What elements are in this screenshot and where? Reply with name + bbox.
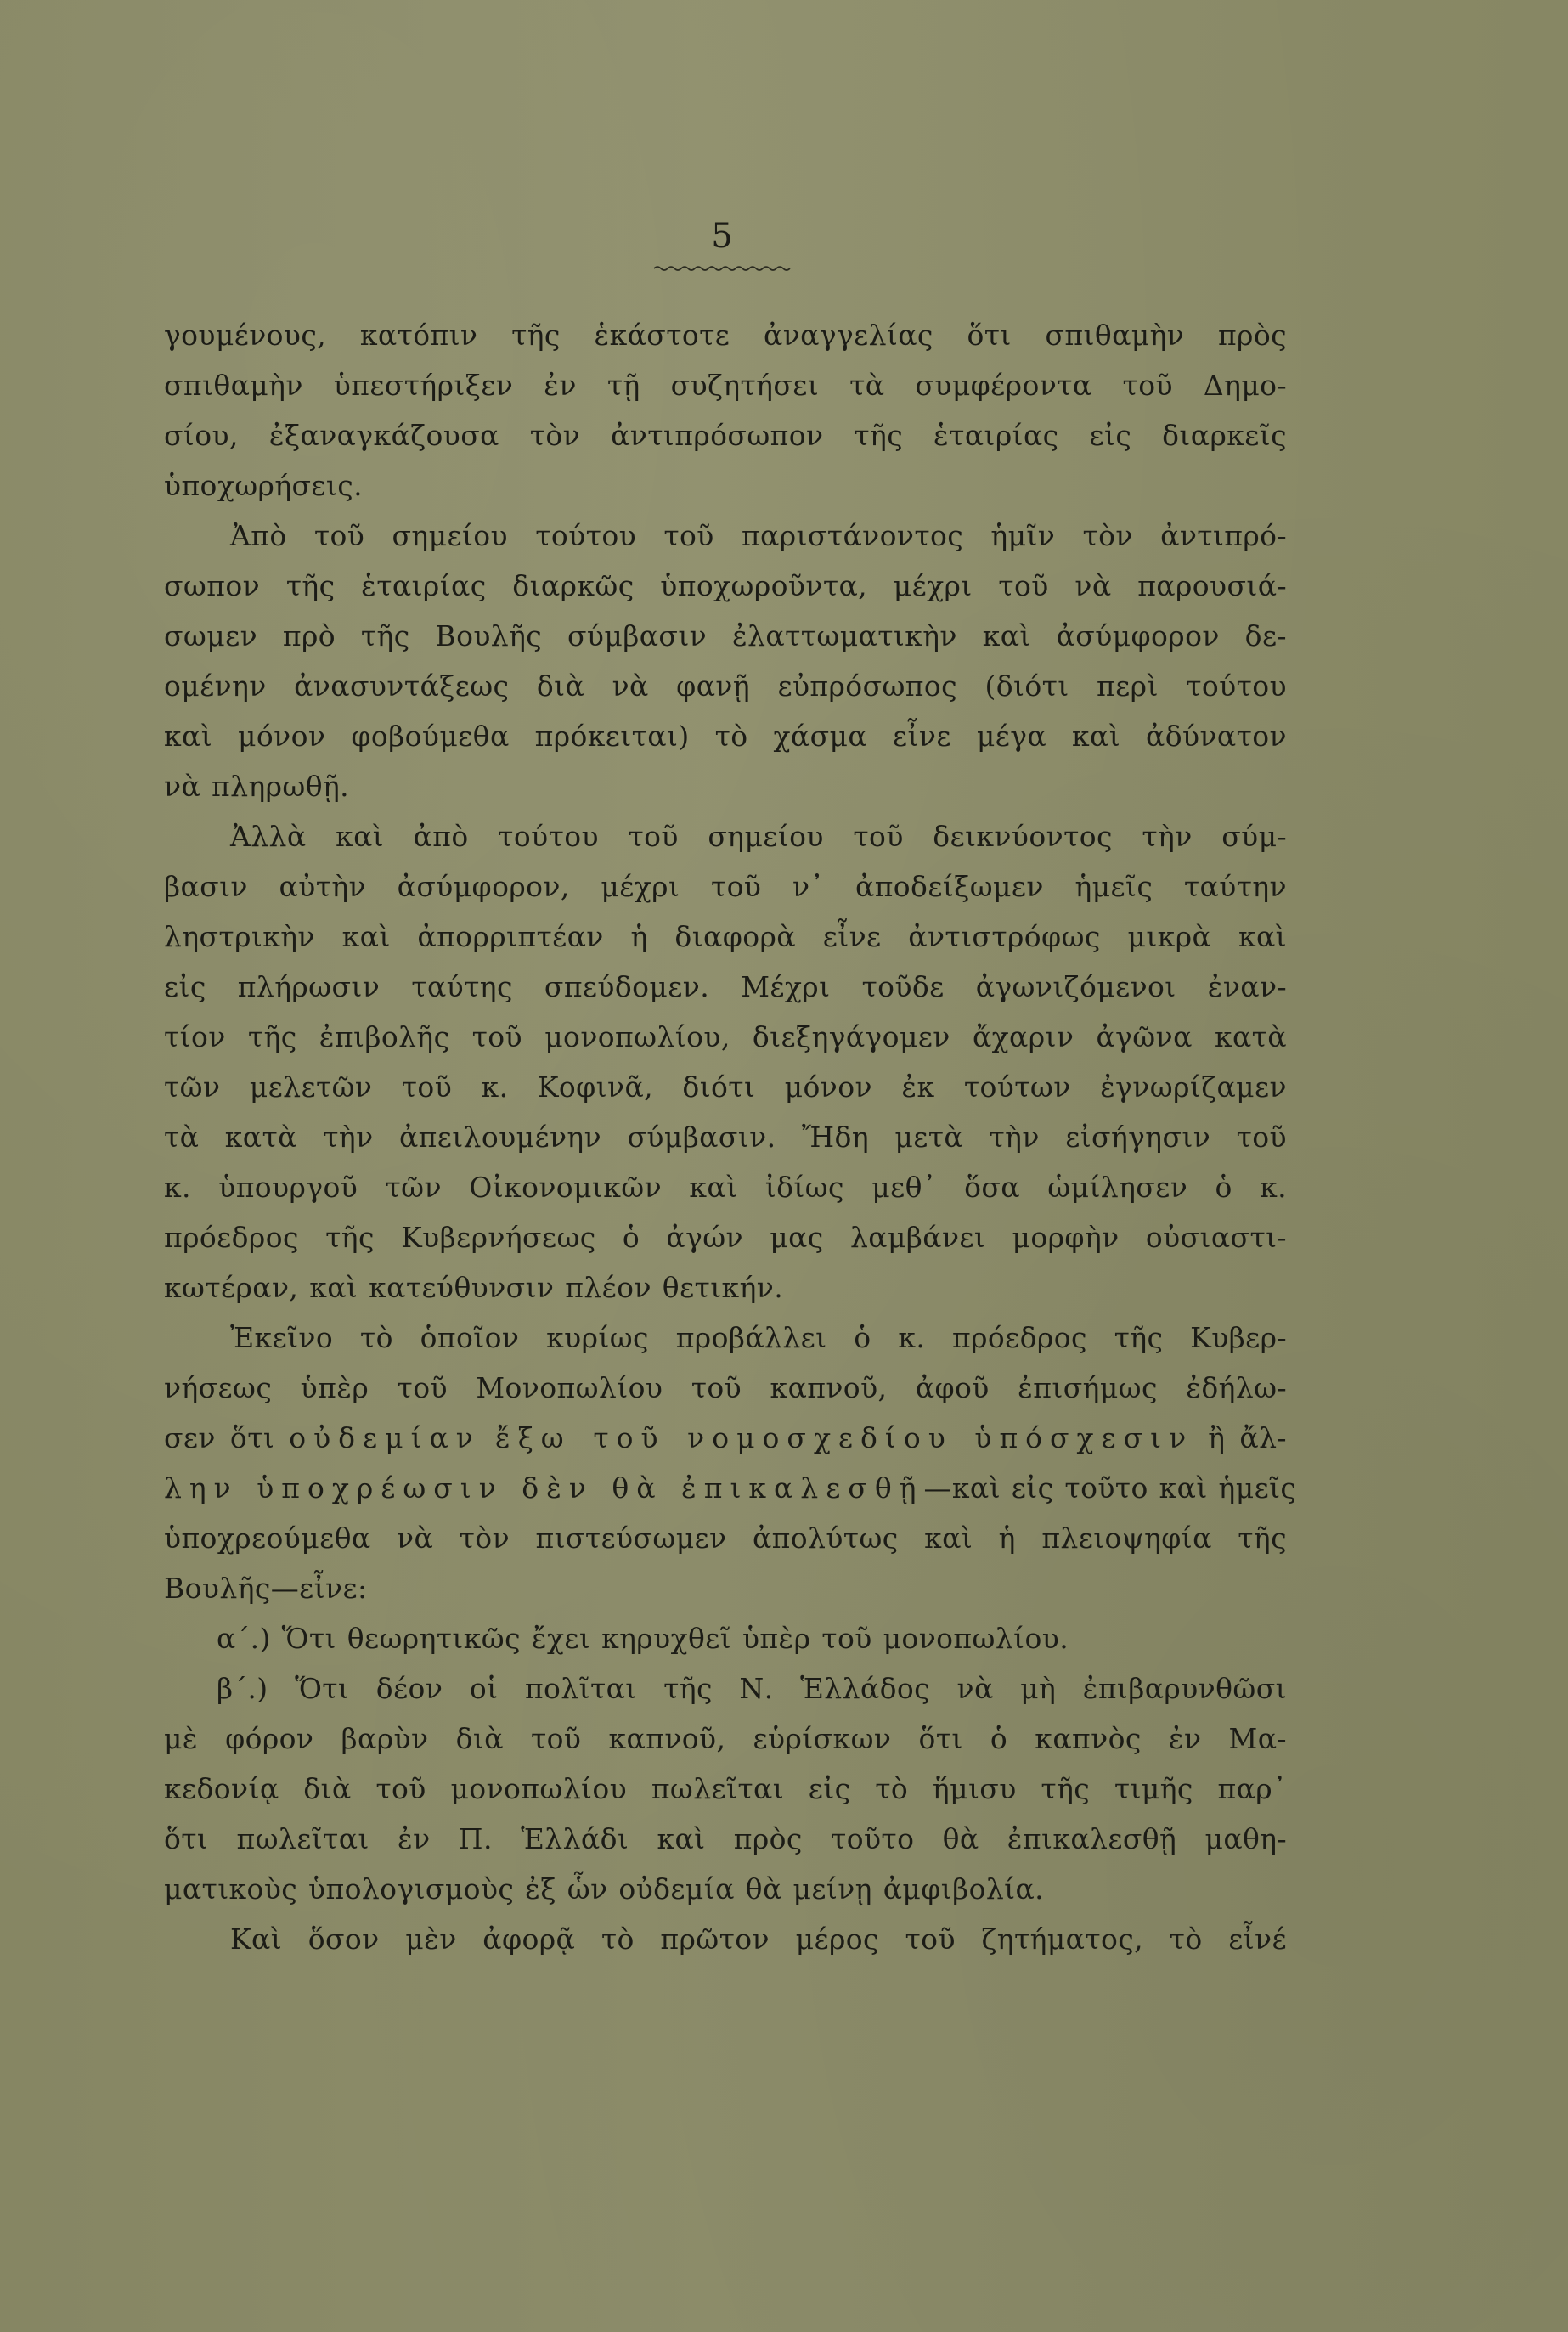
spaced-emphasis-line: λην ὑποχρέωσιν δὲν θὰ ἐπικαλεσθῇ—καὶ εἰς… <box>164 1463 1287 1513</box>
text-line: μὲ φόρον βαρὺν διὰ τοῦ καπνοῦ, εὑρίσκων … <box>164 1714 1287 1764</box>
text-line: τῶν μελετῶν τοῦ κ. Κοφινᾶ, διότι μόνον ἐ… <box>164 1062 1287 1112</box>
text-line: καὶ μόνον φοβούμεθα πρόκειται) τὸ χάσμα … <box>164 711 1287 761</box>
text-line: σωμεν πρὸ τῆς Βουλῆς σύμβασιν ἐλαττωματι… <box>164 611 1287 661</box>
text-fragment: ἢ ἄλ- <box>1193 1421 1287 1454</box>
paragraph-start-line: Ἐκεῖνο τὸ ὁποῖον κυρίως προβάλλει ὁ κ. π… <box>164 1313 1287 1363</box>
text-line: πρόεδρος τῆς Κυβερνήσεως ὁ ἀγών μας λαμβ… <box>164 1212 1287 1262</box>
body-text: γουμένους, κατόπιν τῆς ἑκάστοτε ἀναγγελί… <box>164 310 1287 1964</box>
paragraph-start-line: Καὶ ὅσον μὲν ἀφορᾷ τὸ πρῶτον μέρος τοῦ ζ… <box>164 1914 1287 1964</box>
text-fragment: σεν ὅτι <box>164 1421 289 1454</box>
text-line: σπιθαμὴν ὑπεστήριξεν ἐν τῇ συζητήσει τὰ … <box>164 360 1287 410</box>
text-line: βασιν αὐτὴν ἀσύμφορον, μέχρι τοῦ ν᾽ ἀποδ… <box>164 861 1287 912</box>
document-page: 5 γουμένους, κατόπιν τῆς ἑκάστοτε ἀναγγε… <box>0 0 1568 2332</box>
spaced-emphasis-line: σεν ὅτι οὐδεμίαν ἔξω τοῦ νομοσχεδίου ὑπό… <box>164 1413 1287 1463</box>
text-line: Βουλῆς—εἶνε: <box>164 1563 1287 1613</box>
text-line: ὑποχωρήσεις. <box>164 460 1287 511</box>
text-line: ματικοὺς ὑπολογισμοὺς ἐξ ὧν οὐδεμία θὰ μ… <box>164 1864 1287 1914</box>
text-line: γουμένους, κατόπιν τῆς ἑκάστοτε ἀναγγελί… <box>164 310 1287 360</box>
text-line: ομένην ἀνασυντάξεως διὰ νὰ φανῇ εὐπρόσωπ… <box>164 661 1287 711</box>
text-line: νὰ πληρωθῇ. <box>164 761 1287 811</box>
list-item-alpha: α΄.) Ὅτι θεωρητικῶς ἔχει κηρυχθεῖ ὑπὲρ τ… <box>164 1613 1287 1663</box>
paragraph-start-line: Ἀπὸ τοῦ σημείου τούτου τοῦ παριστάνοντος… <box>164 511 1287 561</box>
emphasis-spaced: ἔξω τοῦ νομοσχεδίου ὑπόσχεσιν <box>495 1421 1193 1454</box>
text-fragment: —καὶ εἰς τοῦτο καὶ ἡμεῖς <box>923 1471 1296 1505</box>
wavy-rule-ornament <box>654 263 792 274</box>
emphasis-spaced: λην ὑποχρέωσιν δὲν θὰ ἐπικαλεσθῇ <box>164 1471 923 1505</box>
text-line: ληστρικὴν καὶ ἀπορριπτέαν ἡ διαφορὰ εἶνε… <box>164 912 1287 962</box>
page-number: 5 <box>697 216 747 257</box>
text-line: ὅτι πωλεῖται ἐν Π. Ἑλλάδι καὶ πρὸς τοῦτο… <box>164 1814 1287 1864</box>
list-item-beta: β΄.) Ὅτι δέον οἱ πολῖται τῆς Ν. Ἑλλάδος … <box>164 1663 1287 1714</box>
text-line: τὰ κατὰ τὴν ἀπειλουμένην σύμβασιν. Ἤδη μ… <box>164 1112 1287 1162</box>
text-line: σωπον τῆς ἑταιρίας διαρκῶς ὑποχωροῦντα, … <box>164 561 1287 611</box>
text-line: σίου, ἐξαναγκάζουσα τὸν ἀντιπρόσωπον τῆς… <box>164 410 1287 460</box>
emphasis-spaced: οὐδεμίαν <box>289 1421 481 1454</box>
text-line: τίον τῆς ἐπιβολῆς τοῦ μονοπωλίου, διεξηγ… <box>164 1012 1287 1062</box>
text-line: κ. ὑπουργοῦ τῶν Οἰκονομικῶν καὶ ἰδίως με… <box>164 1162 1287 1212</box>
text-fragment <box>481 1421 495 1454</box>
text-line: κωτέραν, καὶ κατεύθυνσιν πλέον θετικήν. <box>164 1262 1287 1313</box>
text-line: κεδονίᾳ διὰ τοῦ μονοπωλίου πωλεῖται εἰς … <box>164 1764 1287 1814</box>
paragraph-start-line: Ἀλλὰ καὶ ἀπὸ τούτου τοῦ σημείου τοῦ δεικ… <box>164 811 1287 861</box>
text-line: εἰς πλήρωσιν ταύτης σπεύδομεν. Μέχρι τοῦ… <box>164 962 1287 1012</box>
text-line: ὑποχρεούμεθα νὰ τὸν πιστεύσωμεν ἀπολύτως… <box>164 1513 1287 1563</box>
text-line: νήσεως ὑπὲρ τοῦ Μονοπωλίου τοῦ καπνοῦ, ἀ… <box>164 1363 1287 1413</box>
